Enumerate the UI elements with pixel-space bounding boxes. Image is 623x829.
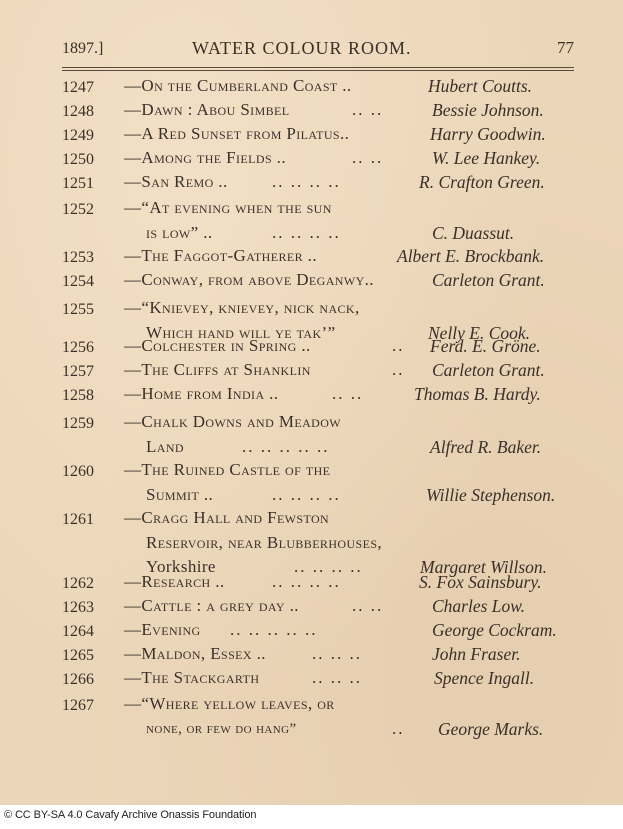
- entry-artist: R. Crafton Green.: [419, 172, 545, 193]
- entry-artist: Carleton Grant.: [432, 270, 545, 291]
- entry-number: 1259: [62, 415, 94, 433]
- entry-title-continued: is low” ..: [146, 223, 213, 243]
- book-page: 1897.] WATER COLOUR ROOM. 77 1247 —On th…: [0, 0, 623, 805]
- entry-artist: S. Fox Sainsbury.: [419, 572, 542, 593]
- entry-artist: Harry Goodwin.: [430, 124, 546, 145]
- catalogue-entry: 1252 —“At evening when the sun is low” .…: [62, 198, 582, 247]
- catalogue-entry: 1261 —Cragg Hall and Fewston Reservoir, …: [62, 508, 582, 582]
- entry-number: 1265: [62, 647, 94, 665]
- entry-artist: C. Duassut.: [432, 223, 514, 244]
- entry-artist: Carleton Grant.: [432, 360, 545, 381]
- entry-title: —“Where yellow leaves, or: [124, 694, 335, 714]
- catalogue-entry: 1256 —Colchester in Spring .. .. Ferd. E…: [62, 336, 582, 361]
- page-number: 77: [557, 38, 574, 58]
- catalogue-entry: 1248 —Dawn : Abou Simbel .. .. Bessie Jo…: [62, 100, 582, 125]
- entry-title: —Chalk Downs and Meadow: [124, 412, 341, 432]
- entry-leader: ..: [392, 719, 405, 739]
- entry-leader: .. .. ..: [312, 668, 362, 688]
- header-rule-top: [62, 67, 574, 68]
- entry-title: —A Red Sunset from Pilatus..: [124, 124, 349, 144]
- entry-artist: Charles Low.: [432, 596, 525, 617]
- entry-title: —“At evening when the sun: [124, 198, 332, 218]
- entry-number: 1250: [62, 151, 94, 169]
- entry-leader: .. ..: [332, 384, 363, 404]
- catalogue-entry: 1264 —Evening .. .. .. .. .. George Cock…: [62, 620, 582, 645]
- entry-artist: Alfred R. Baker.: [430, 437, 541, 458]
- catalogue-entry: 1251 —San Remo .. .. .. .. .. R. Crafton…: [62, 172, 582, 197]
- catalogue-entry: 1260 —The Ruined Castle of the Summit ..…: [62, 460, 582, 509]
- entry-number: 1267: [62, 697, 94, 715]
- catalogue-entry: 1266 —The Stackgarth .. .. .. Spence Ing…: [62, 668, 582, 693]
- entry-artist: Thomas B. Hardy.: [414, 384, 541, 405]
- entry-leader: .. ..: [352, 596, 383, 616]
- header-year: 1897.]: [62, 40, 103, 58]
- entry-number: 1254: [62, 273, 94, 291]
- entry-artist: John Fraser.: [432, 644, 520, 665]
- entry-artist: George Cockram.: [432, 620, 557, 641]
- entry-leader: .. .. .. ..: [272, 223, 341, 243]
- catalogue-entry: 1253 —The Faggot-Gatherer .. Albert E. B…: [62, 246, 582, 271]
- entry-leader: ..: [392, 336, 405, 356]
- entry-title: —“Knievey, knievey, nick nack,: [124, 298, 360, 318]
- catalogue-entry: 1250 —Among the Fields .. .. .. W. Lee H…: [62, 148, 582, 173]
- entry-artist: W. Lee Hankey.: [432, 148, 540, 169]
- entry-title-continued: Reservoir, near Blubberhouses,: [146, 533, 382, 553]
- entry-title: —Among the Fields ..: [124, 148, 286, 168]
- entry-leader: .. .. .. ..: [272, 172, 341, 192]
- entry-leader: .. .. .. .. ..: [230, 620, 318, 640]
- entry-number: 1252: [62, 201, 94, 219]
- entry-number: 1249: [62, 127, 94, 145]
- entry-title: —Conway, from above Deganwy..: [124, 270, 374, 290]
- entry-title: —Research ..: [124, 572, 225, 592]
- entry-leader: ..: [392, 360, 405, 380]
- catalogue-entry: 1257 —The Cliffs at Shanklin .. Carleton…: [62, 360, 582, 385]
- header-rule-bottom: [62, 70, 574, 71]
- entry-title: —Colchester in Spring ..: [124, 336, 311, 356]
- entry-number: 1247: [62, 79, 94, 97]
- entry-artist: Albert E. Brockbank.: [397, 246, 544, 267]
- catalogue-entry: 1247 —On the Cumberland Coast .. Hubert …: [62, 76, 582, 101]
- entry-leader: .. .. .. .. ..: [242, 437, 330, 457]
- entry-artist: Bessie Johnson.: [432, 100, 544, 121]
- catalogue-entry: 1259 —Chalk Downs and Meadow Land .. .. …: [62, 412, 582, 461]
- entry-number: 1264: [62, 623, 94, 641]
- entry-leader: .. .. .. ..: [272, 485, 341, 505]
- entry-artist: Willie Stephenson.: [426, 485, 555, 506]
- entry-title: —The Ruined Castle of the: [124, 460, 330, 480]
- entry-title: —Evening: [124, 620, 201, 640]
- copyright-credit: © CC BY-SA 4.0 Cavafy Archive Onassis Fo…: [4, 809, 256, 821]
- entry-number: 1248: [62, 103, 94, 121]
- entry-artist: Ferd. E. Gröne.: [430, 336, 541, 357]
- catalogue-entry: 1254 —Conway, from above Deganwy.. Carle…: [62, 270, 582, 295]
- entry-number: 1260: [62, 463, 94, 481]
- entry-artist: Spence Ingall.: [434, 668, 534, 689]
- catalogue-entry: 1249 —A Red Sunset from Pilatus.. Harry …: [62, 124, 582, 149]
- entry-number: 1257: [62, 363, 94, 381]
- entry-number: 1256: [62, 339, 94, 357]
- entry-title: —The Stackgarth: [124, 668, 259, 688]
- entry-leader: .. .. .. ..: [272, 572, 341, 592]
- entry-title: —Dawn : Abou Simbel: [124, 100, 290, 120]
- catalogue-entry: 1262 —Research .. .. .. .. .. S. Fox Sai…: [62, 572, 582, 597]
- catalogue-entry: 1267 —“Where yellow leaves, or none, or …: [62, 694, 582, 743]
- catalogue-entry: 1258 —Home from India .. .. .. Thomas B.…: [62, 384, 582, 409]
- entry-title-continued: Land: [146, 437, 184, 457]
- entry-title: —Maldon, Essex ..: [124, 644, 266, 664]
- entry-artist: George Marks.: [438, 719, 543, 740]
- entry-title: —The Faggot-Gatherer ..: [124, 246, 317, 266]
- entry-number: 1266: [62, 671, 94, 689]
- catalogue-entry: 1265 —Maldon, Essex .. .. .. .. John Fra…: [62, 644, 582, 669]
- entry-title: —Home from India ..: [124, 384, 278, 404]
- entry-artist: Hubert Coutts.: [428, 76, 532, 97]
- running-head: 1897.] WATER COLOUR ROOM. 77: [62, 38, 574, 60]
- entry-number: 1253: [62, 249, 94, 267]
- entry-number: 1261: [62, 511, 94, 529]
- entry-title: —Cattle : a grey day ..: [124, 596, 299, 616]
- entry-title-continued: none, or few do hang”: [146, 721, 297, 738]
- catalogue-entry: 1263 —Cattle : a grey day .. .. .. Charl…: [62, 596, 582, 621]
- entry-number: 1255: [62, 301, 94, 319]
- entry-leader: .. ..: [352, 148, 383, 168]
- entry-number: 1251: [62, 175, 94, 193]
- entry-title: —On the Cumberland Coast ..: [124, 76, 352, 96]
- entry-number: 1263: [62, 599, 94, 617]
- entry-leader: .. .. ..: [312, 644, 362, 664]
- entry-title: —Cragg Hall and Fewston: [124, 508, 329, 528]
- entry-number: 1258: [62, 387, 94, 405]
- page-title: WATER COLOUR ROOM.: [192, 38, 412, 59]
- entry-title-continued: Summit ..: [146, 485, 213, 505]
- entry-leader: .. ..: [352, 100, 383, 120]
- entry-number: 1262: [62, 575, 94, 593]
- entry-title: —San Remo ..: [124, 172, 228, 192]
- entry-title: —The Cliffs at Shanklin: [124, 360, 311, 380]
